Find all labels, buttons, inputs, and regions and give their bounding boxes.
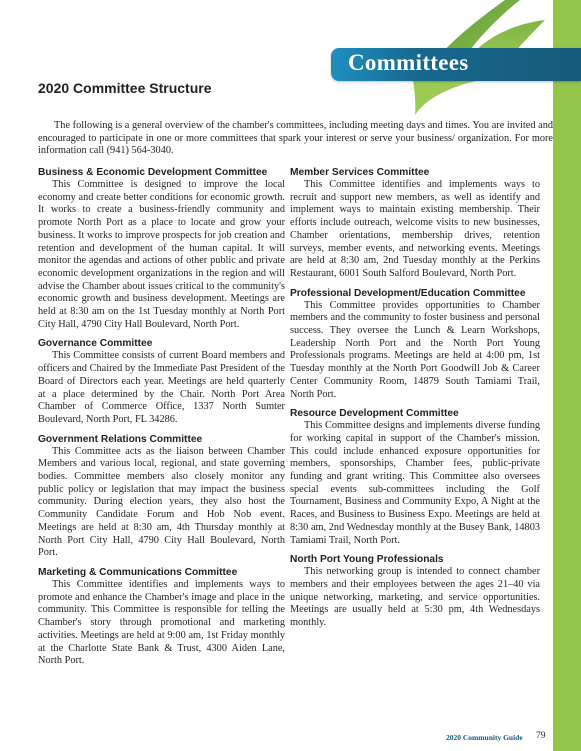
committee-heading: Resource Development Committee [290, 407, 540, 420]
committee-description: This Committee identifies and implements… [38, 579, 285, 668]
committee-heading: North Port Young Professionals [290, 553, 540, 566]
committee-section: Business & Economic Development Committe… [38, 166, 285, 331]
committee-description: This Committee provides opportunities to… [290, 300, 540, 402]
committee-description: This Committee is designed to improve th… [38, 179, 285, 331]
committee-description: This Committee acts as the liaison betwe… [38, 446, 285, 560]
banner-title: Committees [348, 50, 469, 76]
committee-heading: Professional Development/Education Commi… [290, 287, 540, 300]
committee-description: This Committee consists of current Board… [38, 350, 285, 426]
committee-section: Government Relations Committee This Comm… [38, 433, 285, 560]
committee-heading: Marketing & Communications Committee [38, 566, 285, 579]
footer-guide-label: 2020 Community Guide [446, 733, 523, 742]
section-banner: Committees [331, 48, 581, 81]
committee-description: This Committee identifies and implements… [290, 179, 540, 281]
left-column: Business & Economic Development Committe… [38, 166, 285, 674]
committee-section: Governance Committee This Committee cons… [38, 337, 285, 426]
intro-paragraph: The following is a general overview of t… [38, 120, 553, 158]
committee-section: Professional Development/Education Commi… [290, 287, 540, 402]
committee-heading: Governance Committee [38, 337, 285, 350]
right-column: Member Services Committee This Committee… [290, 166, 540, 636]
committee-section: North Port Young Professionals This netw… [290, 553, 540, 630]
committee-section: Resource Development Committee This Comm… [290, 407, 540, 547]
page-number: 79 [536, 731, 546, 741]
committee-heading: Member Services Committee [290, 166, 540, 179]
committee-section: Marketing & Communications Committee Thi… [38, 566, 285, 668]
committee-section: Member Services Committee This Committee… [290, 166, 540, 281]
committee-description: This networking group is intended to con… [290, 566, 540, 630]
committee-description: This Committee designs and implements di… [290, 420, 540, 547]
committee-heading: Government Relations Committee [38, 433, 285, 446]
committee-heading: Business & Economic Development Committe… [38, 166, 285, 179]
page-title: 2020 Committee Structure [38, 80, 212, 96]
